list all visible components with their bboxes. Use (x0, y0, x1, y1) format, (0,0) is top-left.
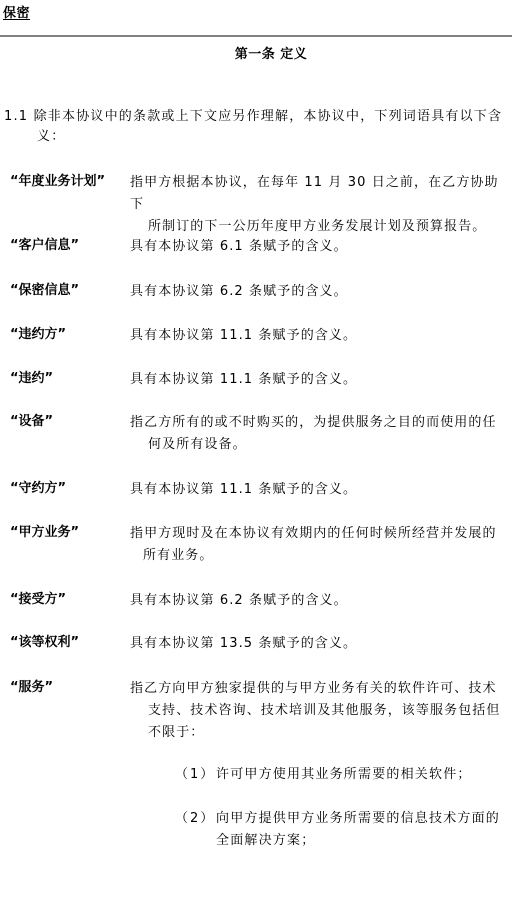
meaning-line: 具有本协议第 11.1 条赋予的含义。 (130, 328, 357, 343)
meaning-line: 指乙方向甲方独家提供的与甲方业务有关的软件许可、技术 (130, 681, 497, 696)
meaning-line: 具有本协议第 11.1 条赋予的含义。 (130, 482, 357, 497)
intro-line-2: 义： (4, 127, 510, 147)
definition-term: “违约” (10, 369, 53, 389)
definition-term: “接受方” (10, 590, 66, 610)
definition-term: “服务” (10, 678, 53, 698)
definition-meaning: 具有本协议第 11.1 条赋予的含义。 (130, 479, 512, 501)
sub-item-text: 许可甲方使用其业务所需要的相关软件； (216, 764, 512, 786)
meaning-line: 所有业务。 (130, 545, 512, 567)
definition-meaning: 具有本协议第 13.5 条赋予的含义。 (130, 633, 512, 655)
definition-meaning: 具有本协议第 11.1 条赋予的含义。 (130, 325, 512, 347)
meaning-line: 指甲方现时及在本协议有效期内的任何时候所经营并发展的 (130, 526, 497, 541)
definition-term: “守约方” (10, 479, 66, 499)
meaning-line: 不限于： (130, 722, 512, 744)
meaning-line: 具有本协议第 11.1 条赋予的含义。 (130, 372, 357, 387)
sub-item-line: 向甲方提供甲方业务所需要的信息技术方面的 (216, 811, 500, 826)
definition-meaning: 指甲方现时及在本协议有效期内的任何时候所经营并发展的 所有业务。 (130, 523, 512, 567)
definition-term: “客户信息” (10, 236, 79, 256)
meaning-line: 支持、技术咨询、技术培训及其他服务，该等服务包括但 (130, 700, 512, 722)
definition-meaning: 指甲方根据本协议，在每年 11 月 30 日之前，在乙方协助下 所制订的下一公历… (130, 172, 512, 238)
definition-term: “甲方业务” (10, 523, 79, 543)
sub-item-number: （1） (175, 764, 215, 786)
sub-item-text: 向甲方提供甲方业务所需要的信息技术方面的 全面解决方案； (216, 808, 512, 852)
definition-term: “违约方” (10, 325, 66, 345)
definition-meaning: 具有本协议第 6.1 条赋予的含义。 (130, 236, 512, 258)
sub-item-line: 许可甲方使用其业务所需要的相关软件； (216, 767, 472, 782)
meaning-line: 具有本协议第 6.2 条赋予的含义。 (130, 284, 348, 299)
definition-meaning: 具有本协议第 11.1 条赋予的含义。 (130, 369, 512, 391)
meaning-line: 具有本协议第 13.5 条赋予的含义。 (130, 636, 357, 651)
definition-term: “设备” (10, 412, 53, 432)
sub-item-line: 全面解决方案； (216, 833, 315, 848)
meaning-line: 具有本协议第 6.1 条赋予的含义。 (130, 239, 348, 254)
definition-term: “年度业务计划” (10, 172, 105, 192)
meaning-line: 具有本协议第 6.2 条赋予的含义。 (130, 593, 348, 608)
intro-line-1: 1.1 除非本协议中的条款或上下文应另作理解，本协议中，下列词语具有以下含 (4, 107, 510, 127)
definition-term: “保密信息” (10, 281, 79, 301)
header-label: 保密 (3, 2, 30, 21)
article-title: 第一条 定义 (0, 43, 514, 62)
sub-item-number: （2） (175, 808, 215, 830)
meaning-line: 何及所有设备。 (130, 434, 512, 456)
definition-meaning: 具有本协议第 6.2 条赋予的含义。 (130, 281, 512, 303)
definition-meaning: 具有本协议第 6.2 条赋予的含义。 (130, 590, 512, 612)
definition-meaning: 指乙方所有的或不时购买的，为提供服务之目的而使用的任 何及所有设备。 (130, 412, 512, 456)
header-divider (0, 35, 512, 37)
meaning-line: 指乙方所有的或不时购买的，为提供服务之目的而使用的任 (130, 415, 497, 430)
intro-paragraph: 1.1 除非本协议中的条款或上下文应另作理解，本协议中，下列词语具有以下含 义： (4, 107, 510, 147)
meaning-line: 指甲方根据本协议，在每年 11 月 30 日之前，在乙方协助下 (130, 175, 499, 212)
definition-term: “该等权利” (10, 633, 79, 653)
definition-meaning: 指乙方向甲方独家提供的与甲方业务有关的软件许可、技术 支持、技术咨询、技术培训及… (130, 678, 512, 744)
meaning-line: 所制订的下一公历年度甲方业务发展计划及预算报告。 (130, 216, 512, 238)
